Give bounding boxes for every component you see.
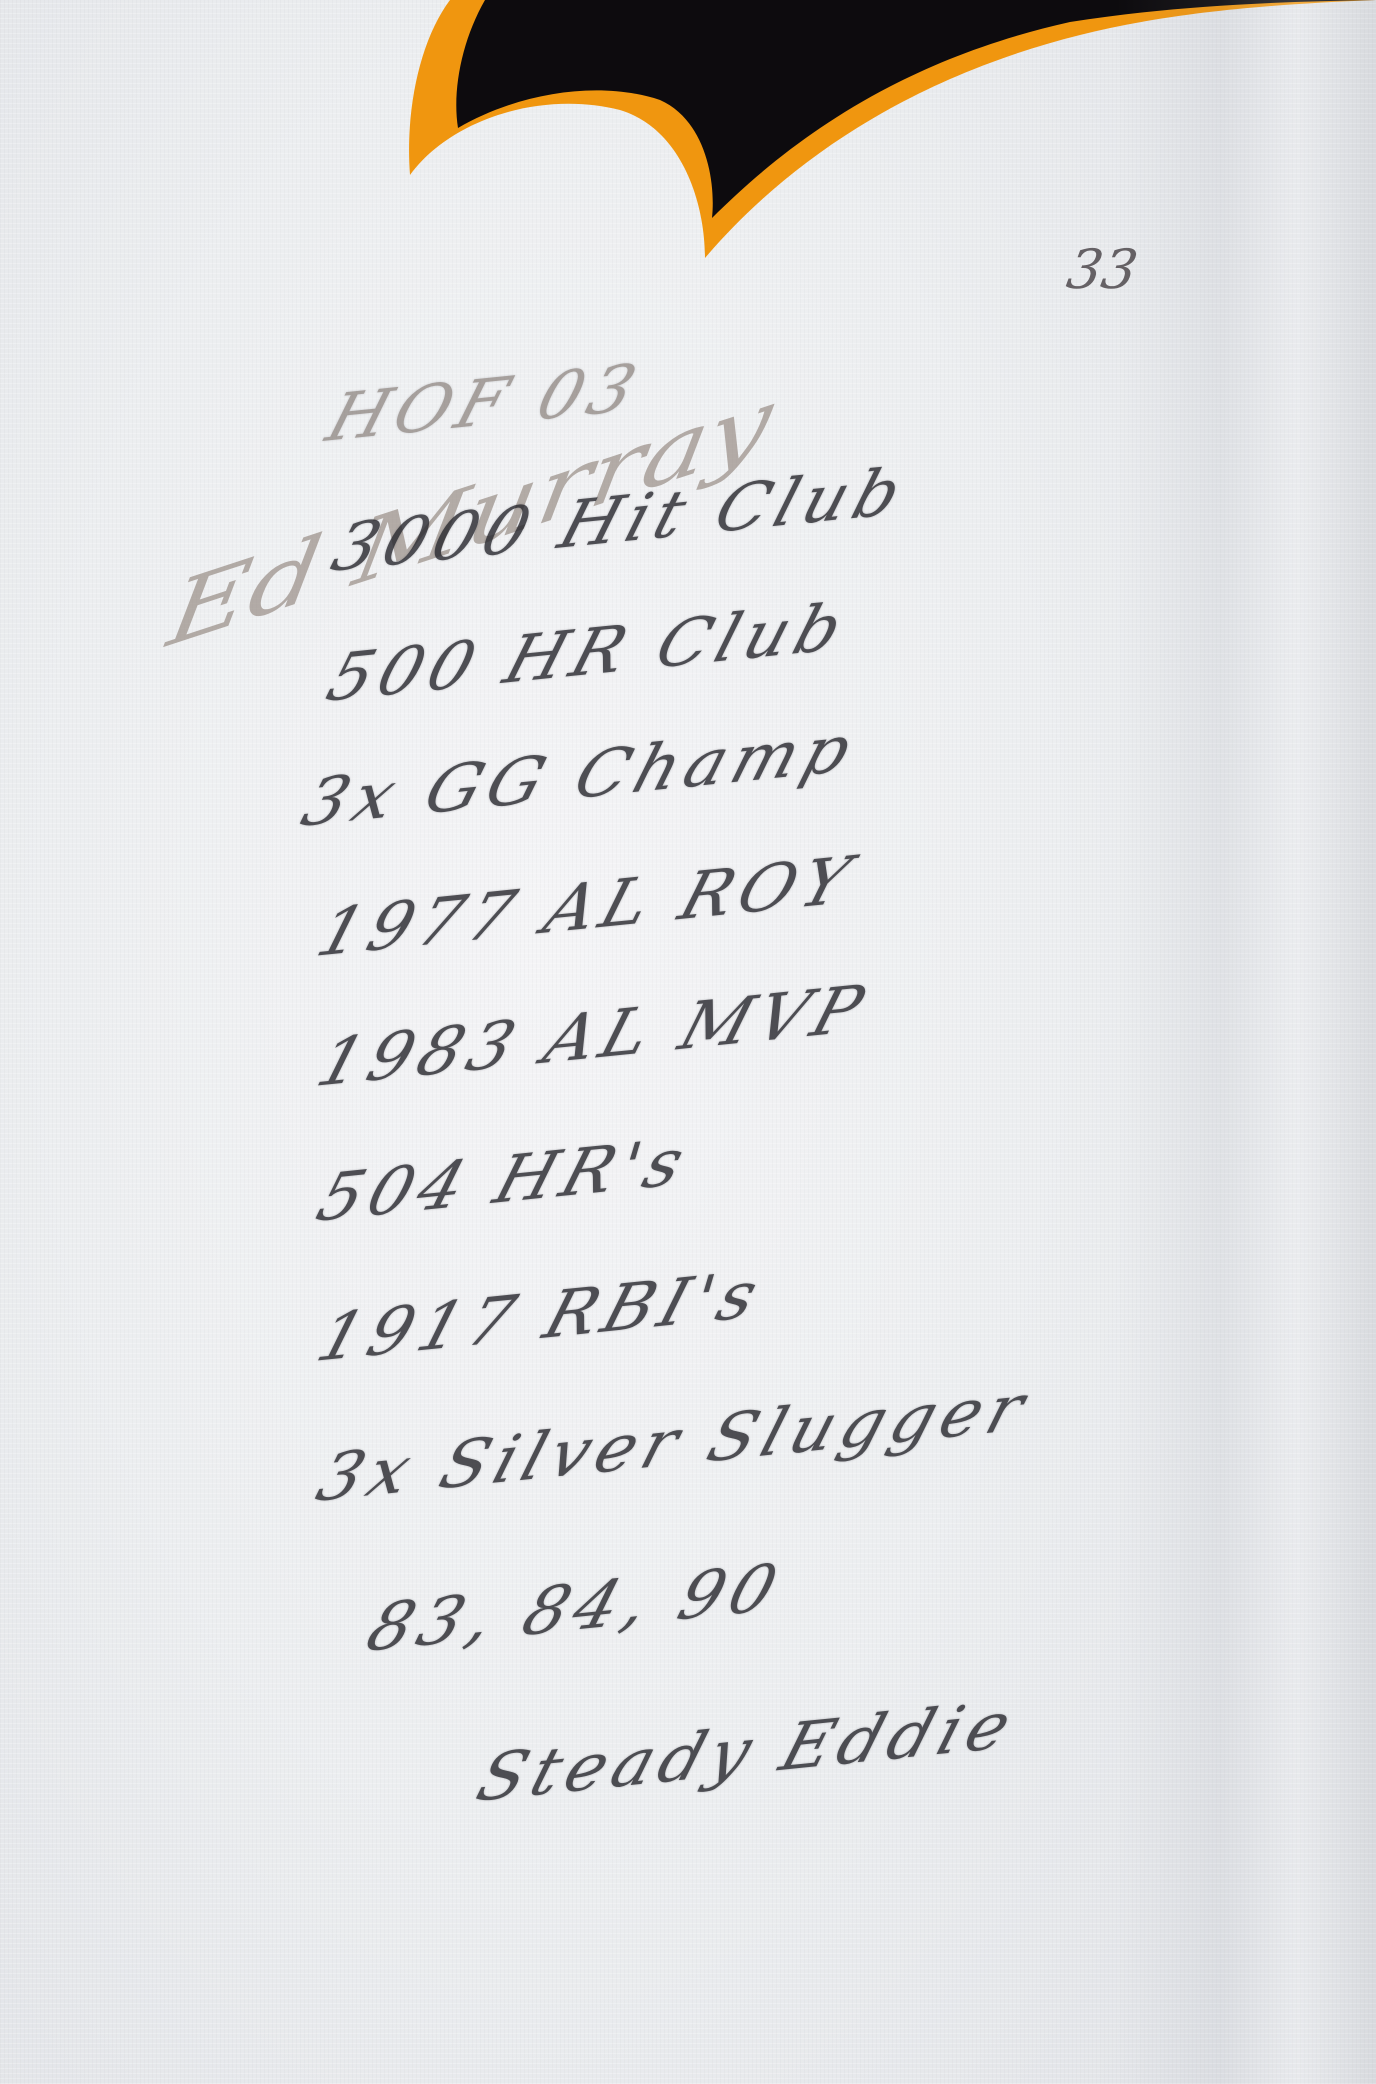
inscription-line: 500 HR Club <box>319 588 858 717</box>
inscription-line: 3x Silver Slugger <box>309 1369 1039 1517</box>
inscription-line: 1917 RBI's <box>309 1256 773 1377</box>
inscription-line: 504 HR's <box>309 1123 699 1237</box>
jersey-photo: Ed Murray 33 HOF 03 3000 Hit Club 500 HR… <box>0 0 1376 2084</box>
inscription-line: Steady Eddie <box>469 1686 1026 1816</box>
autograph-inscription: Ed Murray 33 HOF 03 3000 Hit Club 500 HR… <box>0 0 1376 2084</box>
inscription-line: 1983 AL MVP <box>309 970 878 1102</box>
inscription-line: 3x GG Champ <box>294 710 866 842</box>
jersey-number-inscription: 33 <box>1062 238 1142 301</box>
inscription-line: 1977 AL ROY <box>309 841 866 971</box>
inscription-line: 83, 84, 90 <box>359 1549 792 1667</box>
